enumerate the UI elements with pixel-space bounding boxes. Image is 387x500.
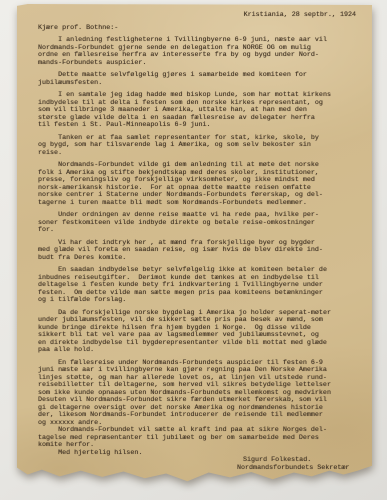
- dateline: Kristiania, 28 septbr., 1924: [38, 12, 360, 20]
- letter-page: Kristiania, 28 septbr., 1924 Kjære prof.…: [17, 4, 372, 487]
- closing: Med hjertelig hilsen.: [38, 450, 360, 458]
- signature-block: Sigurd Folkestad. Nordmandsforbundets Se…: [237, 457, 360, 472]
- letter-paragraph: I en samtale jeg idag hadde med biskop L…: [38, 92, 360, 130]
- signature-title: Nordmandsforbundets Sekretær: [237, 465, 360, 473]
- salutation: Kjære prof. Bothne:-: [38, 25, 360, 33]
- letter-paragraph: Tanken er at faa samlet representanter f…: [38, 135, 360, 158]
- letter-paragraph: Nordmands-Forbundet vilde gi dem anledni…: [38, 162, 360, 207]
- letter-paragraph: Dette maatte selvfølgelig gjøres i samar…: [38, 72, 360, 87]
- letter-paragraph: I anledning festligheterne i Tvillingbye…: [38, 37, 360, 67]
- letter-paragraph: En saadan indbydelse betyr selvfølgelig …: [38, 267, 360, 305]
- letter-paragraph: Nordmands-Forbundet vil sætte al kraft i…: [38, 427, 360, 450]
- letter-paragraph: Under ordningen av denne reise maatte vi…: [38, 212, 360, 235]
- letter-paragraph: Da de forskjellige norske bygdelag i Ame…: [38, 310, 360, 355]
- letter-page-wrap: Kristiania, 28 septbr., 1924 Kjære prof.…: [17, 4, 372, 487]
- letter-paragraph: Vi har det indtryk her , at mænd fra for…: [38, 240, 360, 263]
- letter-paragraph: En fællesreise under Nordmands-Forbundet…: [38, 360, 360, 428]
- scan-background: Kristiania, 28 septbr., 1924 Kjære prof.…: [0, 0, 387, 500]
